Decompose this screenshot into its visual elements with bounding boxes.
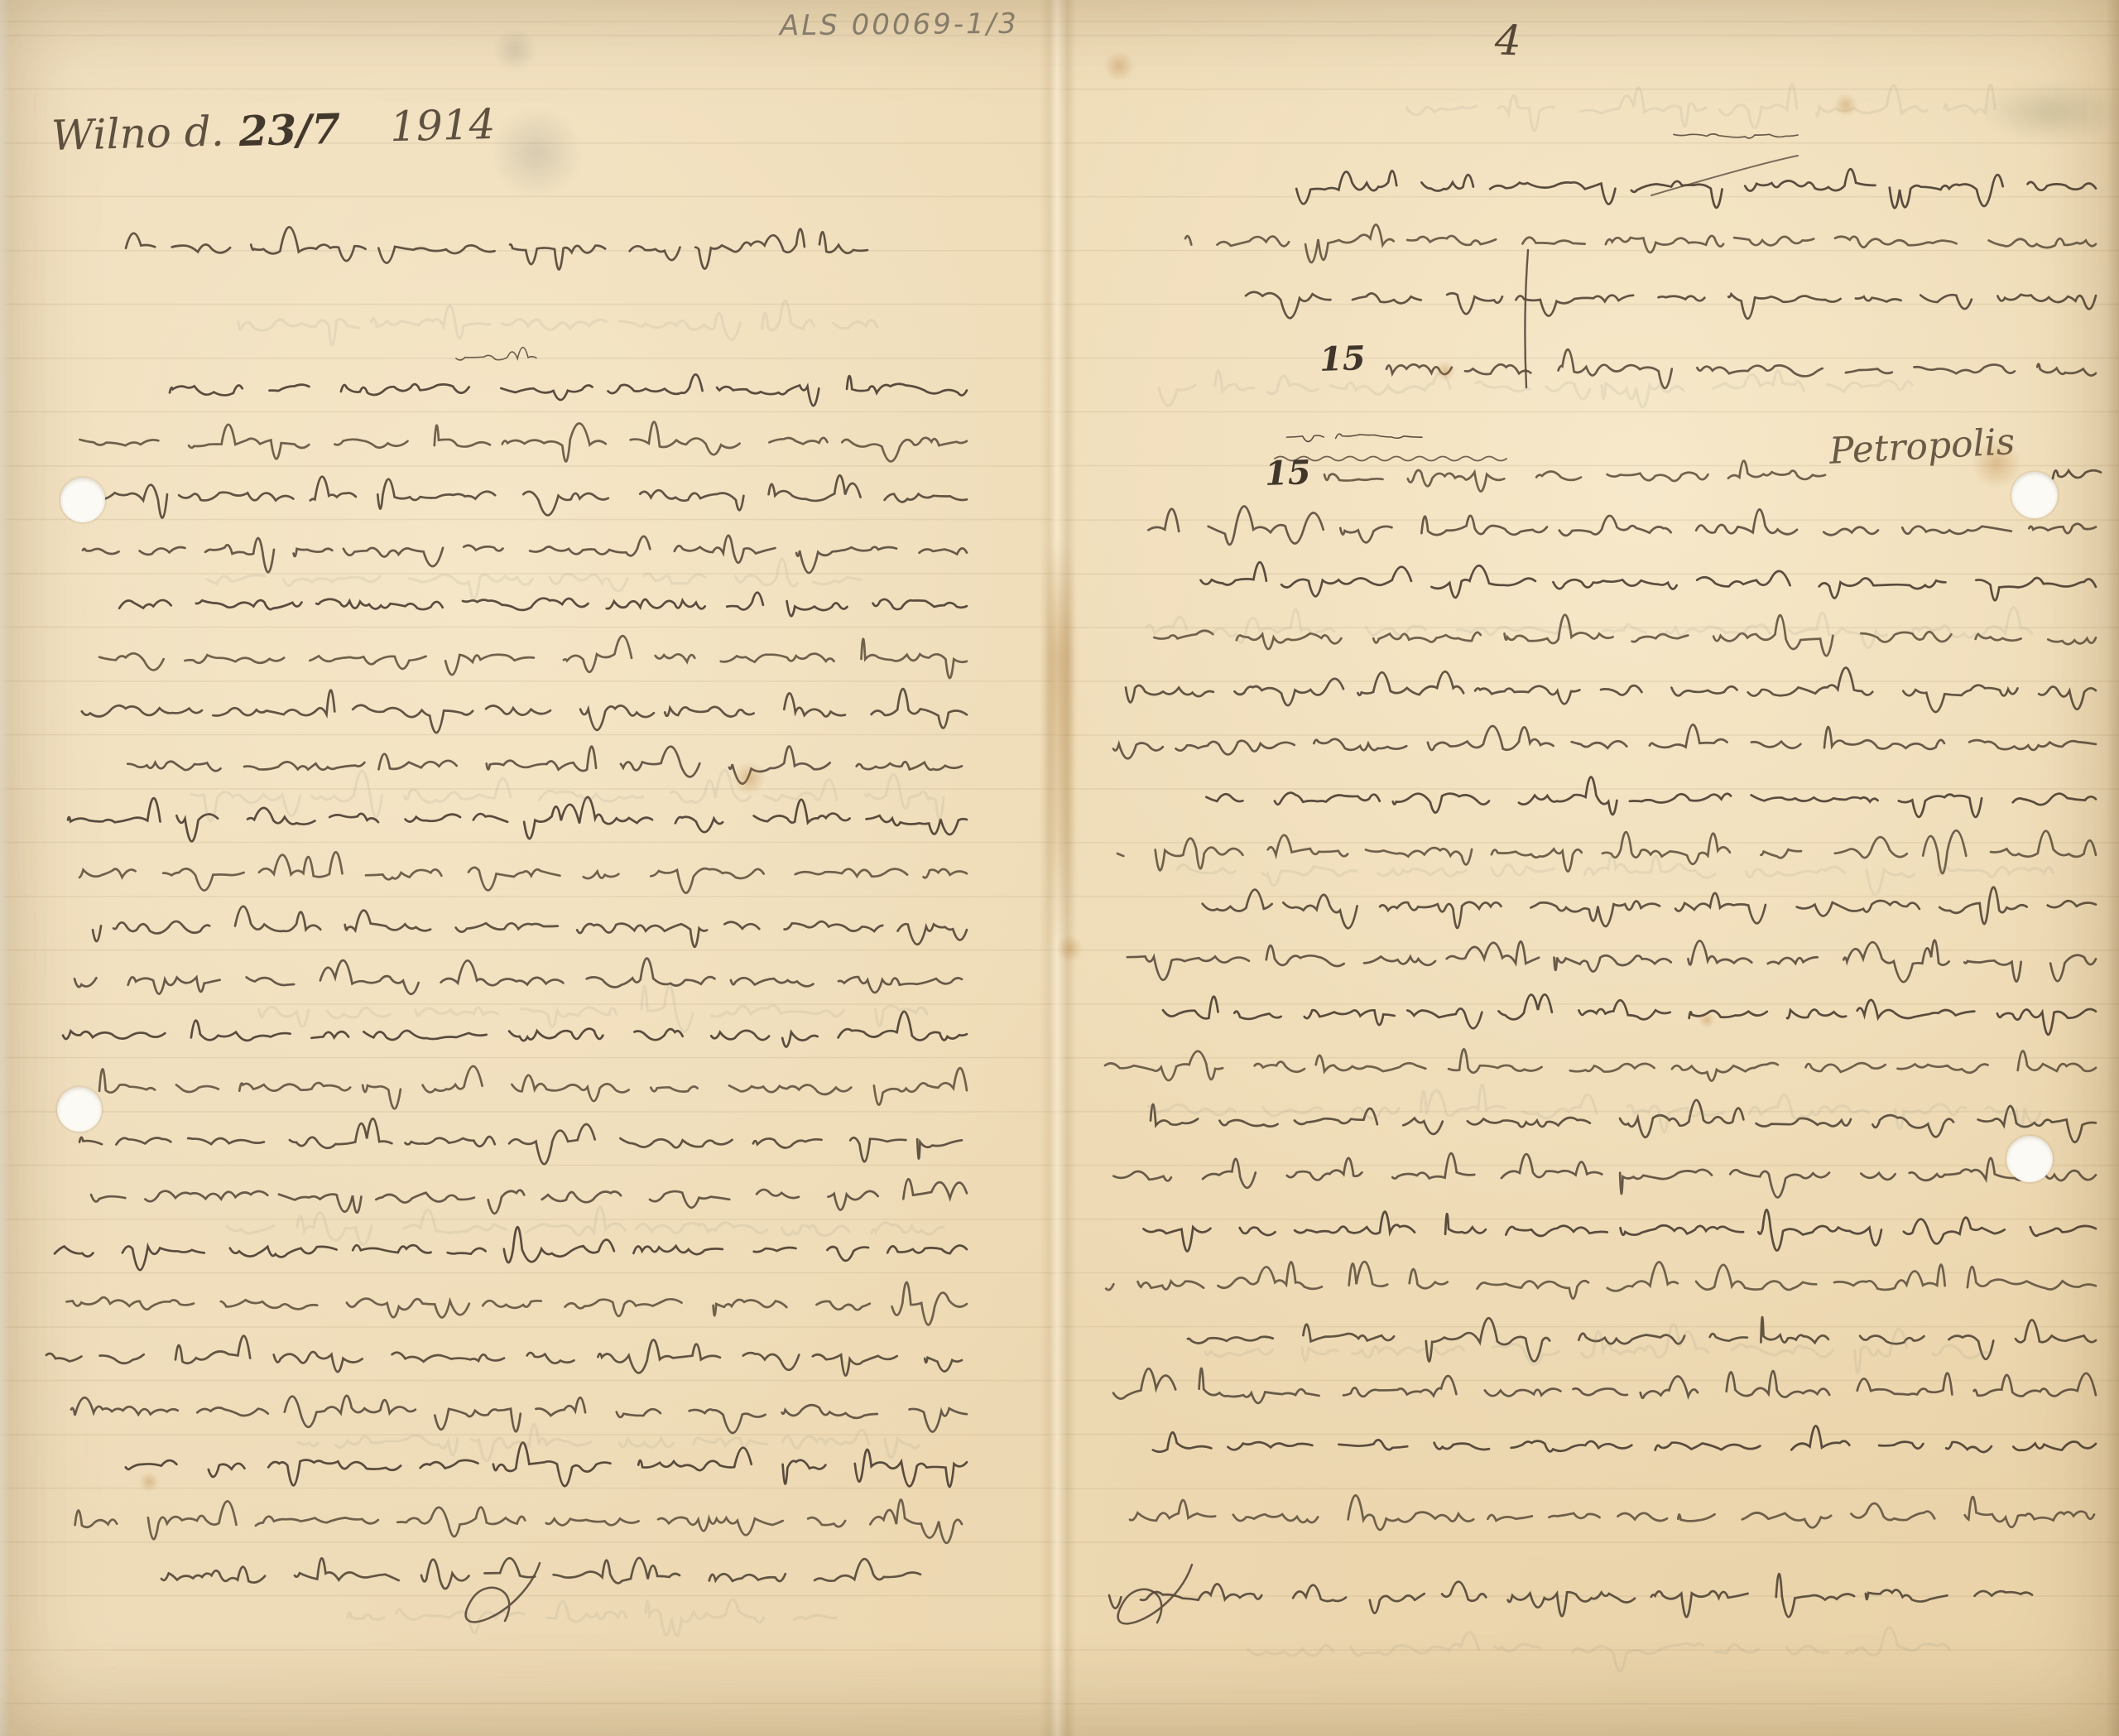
foxing-spot (1056, 935, 1083, 962)
hole-punch (2011, 472, 2058, 518)
hole-punch (2006, 1136, 2053, 1182)
foxing-spot (1972, 439, 2021, 488)
foxing-spot (1435, 361, 1455, 381)
foxing-spot (1699, 1012, 1715, 1028)
letter-scan: ALS 00069-1/3 4 Wilno d. 23/7 1914 Petro… (0, 0, 2119, 1736)
hole-punch (57, 1087, 102, 1132)
foxing-spot (1104, 51, 1134, 81)
numeral-15-second: 15 (1264, 453, 1311, 493)
pencil-smudge (491, 108, 582, 199)
pencil-smudge (493, 28, 536, 71)
foxing-spot (1834, 94, 1857, 117)
handwriting-svg (0, 0, 2119, 1736)
foxing-spot (733, 762, 766, 795)
catalog-number: ALS 00069-1/3 (780, 7, 1019, 43)
dateline-year: 1914 (389, 100, 496, 151)
dateline-day-month: 23/7 (238, 104, 341, 156)
numeral-15-first: 15 (1319, 339, 1366, 379)
hole-punch (60, 478, 105, 522)
foxing-spot (139, 1472, 159, 1492)
page-number: 4 (1494, 16, 1522, 65)
dateline-place: Wilno d. (50, 108, 224, 161)
